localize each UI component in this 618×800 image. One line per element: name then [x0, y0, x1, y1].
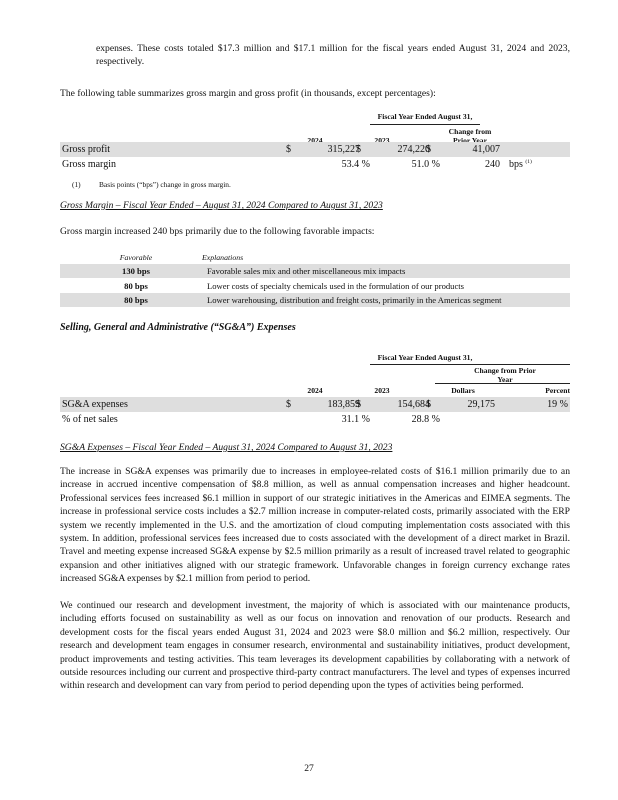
unit-bps: bps (1): [509, 157, 532, 172]
row-label: Gross margin: [62, 157, 116, 172]
gross-table-group-header: Fiscal Year Ended August 31,: [370, 112, 480, 121]
value-2023: 274,220: [370, 142, 430, 157]
sga-heading: Selling, General and Administrative (“SG…: [60, 322, 296, 333]
impact-explanation: Lower warehousing, distribution and frei…: [207, 293, 502, 307]
sga-comparison-heading: SG&A Expenses – Fiscal Year Ended – Augu…: [60, 442, 392, 453]
sga-col-2024: 2024: [295, 386, 335, 395]
value-2023: 51.0 %: [370, 157, 440, 172]
currency-symbol: $: [286, 397, 291, 412]
currency-symbol: $: [426, 142, 431, 157]
sga-col-dollars: Dollars: [438, 386, 488, 395]
intro-continuation: expenses. These costs totaled $17.3 mill…: [96, 42, 570, 69]
sga-col-percent: Percent: [520, 386, 570, 395]
row-label: SG&A expenses: [62, 397, 128, 412]
table-row-sga-expenses: SG&A expenses $ 183,859 $ 154,684 $ 29,1…: [60, 397, 570, 412]
value-percent: 19 %: [510, 397, 568, 412]
impact-bps: 80 bps: [90, 279, 182, 293]
table-row-pct-net-sales: % of net sales 31.1 % 28.8 %: [60, 412, 570, 427]
table-row-gross-margin: Gross margin 53.4 % 51.0 % 240 bps (1): [60, 157, 570, 172]
value-2024: 53.4 %: [300, 157, 370, 172]
unit-label: bps: [509, 159, 523, 170]
table-intro: The following table summarizes gross mar…: [60, 88, 570, 99]
impact-row: 80 bps Lower costs of specialty chemical…: [60, 279, 570, 293]
value-2024: 183,859: [300, 397, 360, 412]
sga-group-header: Fiscal Year Ended August 31,: [370, 353, 480, 362]
header-divider: [435, 383, 570, 384]
impact-row: 130 bps Favorable sales mix and other mi…: [60, 264, 570, 278]
value-2023: 154,684: [370, 397, 430, 412]
currency-symbol: $: [426, 397, 431, 412]
value-2023: 28.8 %: [370, 412, 440, 427]
gross-margin-summary: Gross margin increased 240 bps primarily…: [60, 226, 374, 237]
currency-symbol: $: [356, 142, 361, 157]
currency-symbol: $: [356, 397, 361, 412]
row-label: Gross profit: [62, 142, 110, 157]
col-favorable: Favorable: [90, 253, 182, 262]
footnote-text: Basis points (“bps”) change in gross mar…: [99, 180, 231, 189]
currency-symbol: $: [286, 142, 291, 157]
value-change: 41,007: [440, 142, 500, 157]
value-change: 240: [440, 157, 500, 172]
value-dollars: 29,175: [440, 397, 495, 412]
value-2024: 315,227: [300, 142, 360, 157]
table-row-gross-profit: Gross profit $ 315,227 $ 274,220 $ 41,00…: [60, 142, 570, 157]
row-label: % of net sales: [62, 412, 118, 427]
impact-explanation: Favorable sales mix and other miscellane…: [207, 264, 405, 278]
header-divider: [370, 364, 570, 365]
impact-explanation: Lower costs of specialty chemicals used …: [207, 279, 464, 293]
sga-paragraph-1: The increase in SG&A expenses was primar…: [60, 465, 570, 586]
sga-col-2023: 2023: [362, 386, 402, 395]
value-2024: 31.1 %: [300, 412, 370, 427]
impact-bps: 80 bps: [90, 293, 182, 307]
impact-bps: 130 bps: [90, 264, 182, 278]
sga-paragraph-2: We continued our research and developmen…: [60, 599, 570, 693]
page-number: 27: [289, 763, 329, 774]
impact-row: 80 bps Lower warehousing, distribution a…: [60, 293, 570, 307]
gross-margin-heading: Gross Margin – Fiscal Year Ended – Augus…: [60, 200, 383, 211]
footnote-ref: (1): [525, 159, 531, 165]
col-explanations: Explanations: [202, 253, 243, 262]
sga-change-header: Change from Prior Year: [470, 366, 540, 384]
footnote-marker: (1): [72, 180, 81, 189]
header-divider: [370, 124, 480, 125]
